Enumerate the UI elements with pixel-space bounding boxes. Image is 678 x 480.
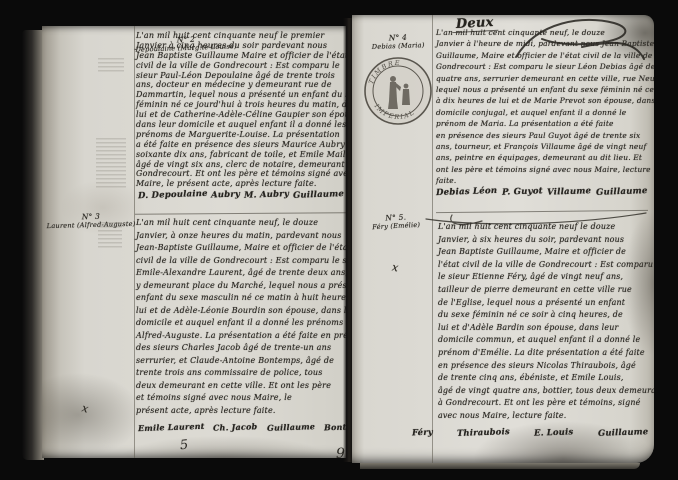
handwritten-line: du sexe féminin né ce soir à cinq heures… [438,309,648,322]
next-page-edge [360,463,640,469]
bleedthrough-smudge [98,58,124,72]
handwritten-line: Guillaume [293,189,344,201]
handwritten-line: Féry [412,427,433,438]
handwritten-line: L'an mil huit cent cinquante neuf le pre… [136,31,346,41]
handwritten-line: et témoins signé avec nous Maire, le [136,392,346,405]
handwritten-line: Janvier, à six heures du soir, pardevant… [438,234,648,247]
handwritten-line: Maire, le présent acte, après lecture fa… [136,179,346,189]
handwritten-line: y demeurant place du Marché, lequel nous… [136,280,346,293]
handwritten-line: tailleur de pierre demeurant en cette vi… [438,284,648,297]
handwritten-line: Dammartin, lequel nous a présenté un enf… [136,90,346,100]
handwritten-line: âgé de vingt six ans, clerc de notaire, … [136,160,346,170]
book-spine-edge [22,30,44,460]
handwritten-line: Jean Baptiste Guillaume Maire et officie… [136,51,346,61]
handwritten-line: de l'Eglise, lequel nous a présenté un e… [438,297,648,310]
handwritten-line: soixante dix ans, fabricant de toile, et… [136,150,346,160]
act3-signatures: Emile LaurentCh. JacobGuillaumeBont [138,422,346,432]
left-margin-rule [134,26,135,458]
handwritten-line: L'an mil huit cent cinquante neuf le dou… [438,221,648,234]
handwritten-line: Aubry [211,189,240,200]
handwritten-line: l'état civil de la ville de Gondrecourt … [438,259,648,272]
handwritten-line: Debias Léon [436,186,498,198]
handwritten-line: Janvier, à onze heures du matin, pardeva… [136,230,346,243]
handwritten-line: civil de la ville de Gondrecourt : Est c… [136,255,346,268]
handwritten-line: serrurier, et Claude-Antoine Bontemps, â… [136,355,346,368]
right-page: Deux N° 4 Debias (Maria) TIMBRE IMPERIAL [352,15,654,463]
handwritten-line: féminin né ce jourd'hui à trois heures d… [136,100,346,110]
handwritten-line: avec nous Maire, lecture faite. [438,410,648,423]
handwritten-line: Gondrecourt : Est comparu le sieur Léon … [436,61,650,72]
handwritten-line: Guillaume, Maire et officier de l'état c… [436,50,650,61]
handwritten-line: sieur Paul-Léon Depoulaine âgé de trente… [136,71,346,81]
handwritten-line: Emile Laurent [138,421,205,433]
handwritten-line: de trente cinq ans, ébéniste, et Emile L… [438,372,648,385]
handwritten-line: Guillaume [266,421,314,433]
handwritten-line: Janvier à l'heure de midi, pardevant nou… [436,38,650,49]
handwritten-line: Guillaume [596,186,648,198]
handwritten-line: présent acte, après lecture faite. [136,405,346,418]
handwritten-line: enfant du sexe masculin né ce matin à hu… [136,292,346,305]
act-separator [135,212,346,214]
act3-text: L'an mil huit cent cinquante neuf, le do… [136,217,346,417]
act4-text: L'an mil huit cent cinquante neuf, le do… [436,27,650,186]
handwritten-line: Alfred-Auguste. La présentation a été fa… [136,330,346,343]
handwritten-line: à Gondrecourt. Et ont les père et témoin… [438,397,648,410]
handwritten-line: âgé de vingt quatre ans, bottier, tous d… [438,385,648,398]
handwritten-line: domicile commun, et auquel enfant il a d… [438,334,648,347]
handwritten-line: faite. [436,175,650,186]
scan-background: { "palette":{"background":"#0a0a0a","pap… [0,0,678,480]
handwritten-line: à dix heures de lui et de Marie Prevot s… [436,95,650,106]
handwritten-line: lequel nous a présenté un enfant du sexe… [436,84,650,95]
handwritten-line: a été faite en présence des sieurs Mauri… [136,140,346,150]
handwritten-line: ont les père et témoins signé avec nous … [436,164,650,175]
handwritten-line: dans leur domicile et auquel enfant il a… [136,120,346,130]
handwritten-line: prénom d'Emélie. La dite présentation a … [438,347,648,360]
handwritten-line: E. Louis [534,426,574,437]
handwritten-line: prénoms de Marguerite-Louise. La présent… [136,130,346,140]
handwritten-line: D. Depoulaine [138,189,208,201]
handwritten-line: quatre ans, serrurier demeurant en cette… [436,73,650,84]
margin-x-mark: x [391,261,400,275]
handwritten-line: en présence des sieurs Nicolas Thirauboi… [438,360,648,373]
handwritten-line: ans, docteur en médecine y demeurant rue… [136,80,346,90]
act2-signatures: D. DepoulaineAubryM. AubryGuillaume [138,190,344,200]
margin-x-mark: x [81,401,90,415]
register-spread: N° 2 Depoulaine (Marg.te Louise) L'an mi… [0,0,678,480]
handwritten-line: prénom de Maria. La présentation a été f… [436,118,650,129]
handwritten-line: le sieur Etienne Féry, âgé de vingt neuf… [438,271,648,284]
handwritten-line: Jean Baptiste Guillaume, Maire et offici… [438,246,648,259]
act4-signatures: Debias LéonP. GuyotVillaumeGuillaume [436,187,648,197]
left-page: N° 2 Depoulaine (Marg.te Louise) L'an mi… [42,26,346,458]
handwritten-line: M. Aubry [244,189,289,201]
act5-text: L'an mil huit cent cinquante neuf le dou… [438,221,648,423]
handwritten-line: lui et d'Adèle Bardin son épouse, dans l… [438,322,648,335]
handwritten-line: lui et de Adèle-Léonie Bourdin son épous… [136,305,346,318]
handwritten-line: Gondrecourt. Et ont les père et témoins … [136,169,346,179]
imperial-stamp: TIMBRE IMPERIAL [360,53,436,129]
handwritten-line: Janvier à cinq heures du soir pardevant … [136,41,346,51]
bleedthrough-smudge [96,138,126,190]
handwritten-line: L'an mil huit cent cinquante neuf, le do… [436,27,650,38]
handwritten-line: en présence des sieurs Paul Guyot âgé de… [436,130,650,141]
handwritten-line: Villaume [547,186,592,198]
handwritten-line: domicile conjugal, et auquel enfant il a… [436,107,650,118]
act2-text: L'an mil huit cent cinquante neuf le pre… [136,31,346,189]
handwritten-line: P. Guyot [502,186,543,197]
handwritten-line: L'an mil huit cent cinquante neuf, le do… [136,217,346,230]
handwritten-line: Thiraubois [457,426,510,438]
handwritten-line: ans, peintre en équipages, demeurant au … [436,152,650,163]
handwritten-line: Emile-Alexandre Laurent, âgé de trente d… [136,267,346,280]
signature-paraph: 5 [179,438,189,454]
handwritten-line: Guillaume [598,426,649,438]
handwritten-line: des sieurs Charles Jacob âgé de trente-u… [136,342,346,355]
handwritten-line: ans, tourneur, et François Villaume âgé … [436,141,650,152]
act5-signatures: FéryThirauboisE. LouisGuillaume [412,427,648,437]
handwritten-line: deux demeurant en cette ville. Et ont le… [136,380,346,393]
handwritten-line: trente trois ans commissaire de police, … [136,367,346,380]
handwritten-line: Ch. Jacob [213,421,258,433]
handwritten-line: civil de la ville de Gondrecourt : Est c… [136,61,346,71]
handwritten-line: lui et de Catherine-Adèle-Céline Gaupier… [136,110,346,120]
handwritten-line: domicile et auquel enfant il a donné les… [136,317,346,330]
handwritten-line: Jean-Baptiste Guillaume, Maire et offici… [136,242,346,255]
